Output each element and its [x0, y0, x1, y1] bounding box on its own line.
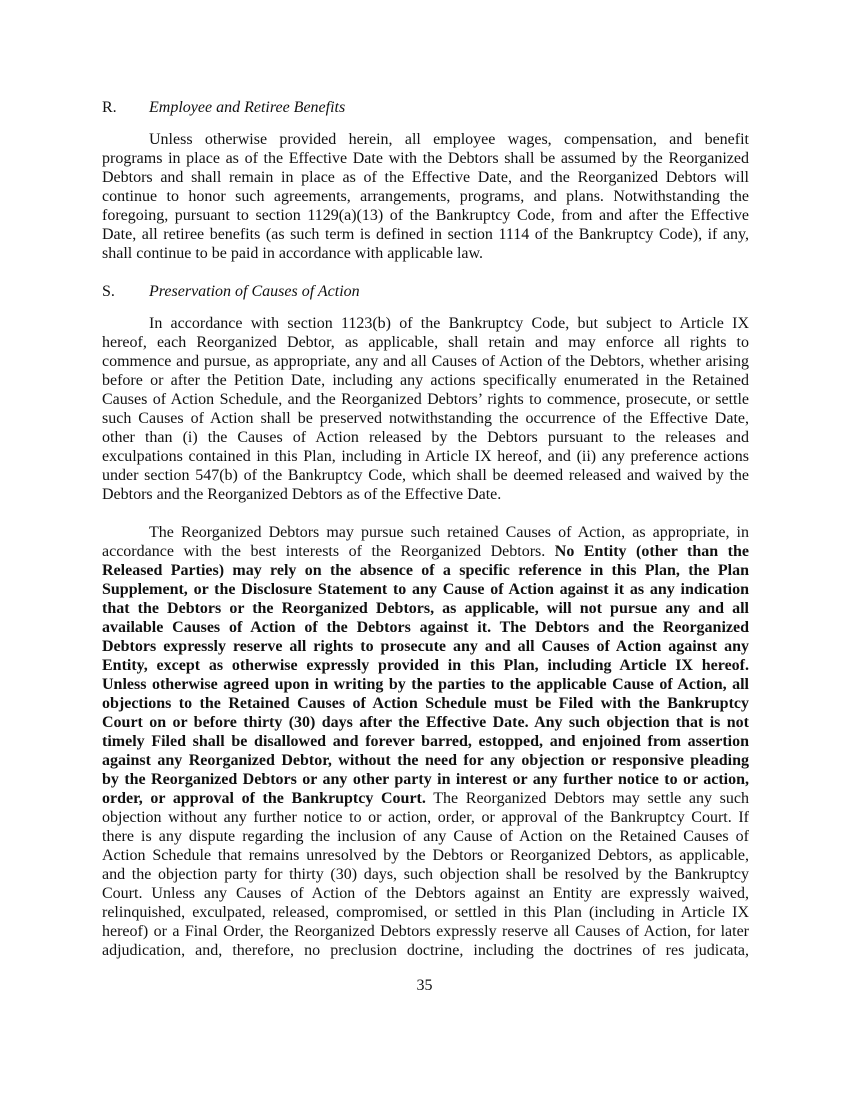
text: hereof) or a Final Order, the Reorganize… [102, 923, 749, 940]
text: hereof, each Reorganized Debtor, as appl… [102, 334, 749, 351]
bold-text: order, or approval of the Bankruptcy Cou… [102, 790, 426, 807]
text-line: continue to honor such agreements, arran… [102, 187, 749, 206]
text-line: Supplement, or the Disclosure Statement … [102, 580, 749, 599]
text-line: hereof, each Reorganized Debtor, as appl… [102, 333, 749, 352]
text-line: other than (i) the Causes of Action rele… [102, 428, 749, 447]
paragraph: The Reorganized Debtors may pursue such … [102, 523, 749, 960]
bold-text: Released Parties) may rely on the absenc… [102, 562, 749, 579]
bold-text: Supplement, or the Disclosure Statement … [102, 581, 749, 598]
text-line: there is any dispute regarding the inclu… [102, 827, 749, 846]
text: before or after the Petition Date, inclu… [102, 372, 749, 389]
text-line: exculpations contained in this Plan, inc… [102, 447, 749, 466]
paragraph: In accordance with section 1123(b) of th… [102, 314, 749, 504]
text-line: Released Parties) may rely on the absenc… [102, 561, 749, 580]
text: Debtors and the Reorganized Debtors as o… [102, 486, 501, 503]
text-line: relinquished, exculpated, released, comp… [102, 903, 749, 922]
text: The Reorganized Debtors may settle any s… [426, 790, 749, 807]
text: exculpations contained in this Plan, inc… [102, 448, 749, 465]
text-line: The Reorganized Debtors may pursue such … [102, 523, 749, 542]
text-line: that the Debtors or the Reorganized Debt… [102, 599, 749, 618]
text-line: adjudication, and, therefore, no preclus… [102, 941, 749, 960]
text-line: shall continue to be paid in accordance … [102, 244, 749, 263]
text-line: Unless otherwise provided herein, all em… [102, 130, 749, 149]
section-heading-r: R.Employee and Retiree Benefits [102, 98, 749, 117]
text-line: commence and pursue, as appropriate, any… [102, 352, 749, 371]
text-line: In accordance with section 1123(b) of th… [102, 314, 749, 333]
bold-text: that the Debtors or the Reorganized Debt… [102, 600, 749, 617]
text: other than (i) the Causes of Action rele… [102, 429, 749, 446]
text-line: foregoing, pursuant to section 1129(a)(1… [102, 206, 749, 225]
text-line: Debtors expressly reserve all rights to … [102, 637, 749, 656]
bold-text: Court on or before thirty (30) days afte… [102, 714, 749, 731]
text: commence and pursue, as appropriate, any… [102, 353, 749, 370]
section-title: Preservation of Causes of Action [149, 283, 360, 300]
text-line: Unless otherwise agreed upon in writing … [102, 675, 749, 694]
text-line: Court. Unless any Causes of Action of th… [102, 884, 749, 903]
text: Unless otherwise provided herein, all em… [149, 131, 749, 148]
text-line: timely Filed shall be disallowed and for… [102, 732, 749, 751]
text-line: programs in place as of the Effective Da… [102, 149, 749, 168]
text: adjudication, and, therefore, no preclus… [102, 942, 749, 959]
text: shall continue to be paid in accordance … [102, 245, 483, 262]
document-page: R.Employee and Retiree Benefits Unless o… [102, 98, 749, 960]
text-line: available Causes of Action of the Debtor… [102, 618, 749, 637]
text-line: under section 547(b) of the Bankruptcy C… [102, 466, 749, 485]
text-line: and the objection party for thirty (30) … [102, 865, 749, 884]
text: In accordance with section 1123(b) of th… [149, 315, 749, 332]
bold-text: available Causes of Action of the Debtor… [102, 619, 749, 636]
text-line: Action Schedule that remains unresolved … [102, 846, 749, 865]
text: objection without any further notice to … [102, 809, 749, 826]
text: foregoing, pursuant to section 1129(a)(1… [102, 207, 749, 224]
section-heading-s: S.Preservation of Causes of Action [102, 282, 749, 301]
page-number: 35 [0, 976, 849, 995]
section-letter: S. [102, 282, 149, 301]
bold-text: objections to the Retained Causes of Act… [102, 695, 749, 712]
text: and the objection party for thirty (30) … [102, 866, 749, 883]
text-line: hereof) or a Final Order, the Reorganize… [102, 922, 749, 941]
paragraph: Unless otherwise provided herein, all em… [102, 130, 749, 263]
bold-text: timely Filed shall be disallowed and for… [102, 733, 749, 750]
text-line: objections to the Retained Causes of Act… [102, 694, 749, 713]
text-line: by the Reorganized Debtors or any other … [102, 770, 749, 789]
text-line: Court on or before thirty (30) days afte… [102, 713, 749, 732]
text-line: accordance with the best interests of th… [102, 542, 749, 561]
bold-text: Debtors expressly reserve all rights to … [102, 638, 749, 655]
bold-text: Unless otherwise agreed upon in writing … [102, 676, 749, 693]
text-line: Entity, except as otherwise expressly pr… [102, 656, 749, 675]
text: Causes of Action Schedule, and the Reorg… [102, 391, 749, 408]
bold-text: by the Reorganized Debtors or any other … [102, 771, 749, 788]
text-line: order, or approval of the Bankruptcy Cou… [102, 789, 749, 808]
text: The Reorganized Debtors may pursue such … [149, 524, 749, 541]
bold-text: Entity, except as otherwise expressly pr… [102, 657, 749, 674]
text: under section 547(b) of the Bankruptcy C… [102, 467, 749, 484]
text: relinquished, exculpated, released, comp… [102, 904, 749, 921]
text: there is any dispute regarding the inclu… [102, 828, 749, 845]
text-line: Date, all retiree benefits (as such term… [102, 225, 749, 244]
text-line: Debtors and shall remain in place as of … [102, 168, 749, 187]
text-line: such Causes of Action shall be preserved… [102, 409, 749, 428]
bold-text: No Entity (other than the [555, 543, 749, 560]
text: Action Schedule that remains unresolved … [102, 847, 749, 864]
text: continue to honor such agreements, arran… [102, 188, 749, 205]
text: Debtors and shall remain in place as of … [102, 169, 749, 186]
text-line: before or after the Petition Date, inclu… [102, 371, 749, 390]
bold-text: against any Reorganized Debtor, without … [102, 752, 749, 769]
section-letter: R. [102, 98, 149, 117]
text: such Causes of Action shall be preserved… [102, 410, 749, 427]
text-line: objection without any further notice to … [102, 808, 749, 827]
text: programs in place as of the Effective Da… [102, 150, 749, 167]
text-line: against any Reorganized Debtor, without … [102, 751, 749, 770]
text-line: Causes of Action Schedule, and the Reorg… [102, 390, 749, 409]
text: Court. Unless any Causes of Action of th… [102, 885, 749, 902]
section-title: Employee and Retiree Benefits [149, 99, 345, 116]
text-line: Debtors and the Reorganized Debtors as o… [102, 485, 749, 504]
text: accordance with the best interests of th… [102, 543, 555, 560]
text: Date, all retiree benefits (as such term… [102, 226, 749, 243]
